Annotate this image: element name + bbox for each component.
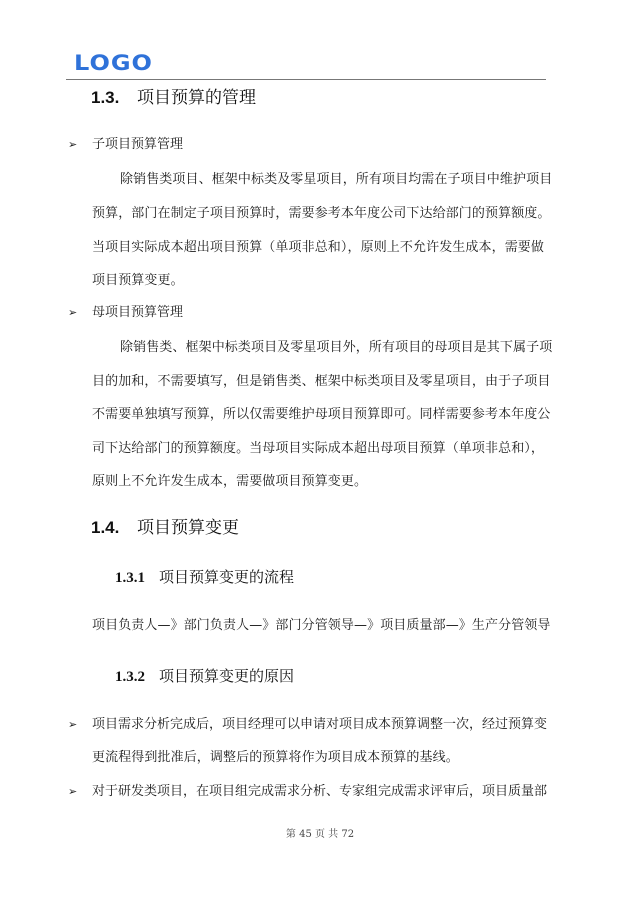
approval-flow-text: 项目负责人—》部门负责人—》部门分管领导—》项目质量部—》生产分管领导 <box>92 617 551 635</box>
arrow-bullet-icon: ➢ <box>68 783 92 801</box>
arrow-bullet-icon: ➢ <box>68 716 92 734</box>
section-number: 1.4. <box>91 517 137 539</box>
bullet-parent-project-budget: ➢ <box>68 304 92 322</box>
paragraph-line: 当项目实际成本超出项目预算（单项非总和），原则上不允许发生成本，需要做 <box>92 239 544 257</box>
section-number: 1.3. <box>91 87 137 109</box>
section-heading-1-3: 1.3.项目预算的管理 <box>91 87 256 109</box>
paragraph-line: 除销售类项目、框架中标类及零星项目，所有项目均需在子项目中维护项目 <box>120 171 552 189</box>
paragraph-line: 目的加和，不需要填写，但是销售类、框架中标类项目及零星项目，由于子项目 <box>92 373 551 391</box>
arrow-bullet-icon: ➢ <box>68 136 92 154</box>
section-title: 项目预算的管理 <box>137 88 256 108</box>
bullet-line: 更流程得到批准后，调整后的预算将作为项目成本预算的基线。 <box>92 749 459 767</box>
arrow-bullet-icon: ➢ <box>68 304 92 322</box>
bullet-line: 对于研发类项目，在项目组完成需求分析、专家组完成需求评审后，项目质量部 <box>92 783 547 801</box>
section-title: 项目预算变更 <box>137 518 239 538</box>
subsection-heading-1-3-2: 1.3.2项目预算变更的原因 <box>115 666 294 687</box>
subsection-number: 1.3.1 <box>115 568 159 588</box>
bullet-sub-project-budget: ➢ <box>68 136 92 154</box>
subsection-title: 项目预算变更的原因 <box>159 667 294 685</box>
paragraph-line: 预算，部门在制定子项目预算时，需要参考本年度公司下达给部门的预算额度。 <box>92 205 551 223</box>
subsection-heading-1-3-1: 1.3.1项目预算变更的流程 <box>115 567 294 588</box>
paragraph-line: 不需要单独填写预算，所以仅需要维护母项目预算即可。同样需要参考本年度公 <box>92 406 551 424</box>
bullet-reason-1: ➢ <box>68 716 92 734</box>
bullet-label: 子项目预算管理 <box>92 136 183 154</box>
paragraph-line: 项目预算变更。 <box>92 272 184 290</box>
header-divider <box>66 79 546 80</box>
subsection-number: 1.3.2 <box>115 667 159 687</box>
section-heading-1-4: 1.4.项目预算变更 <box>91 517 239 539</box>
bullet-line: 项目需求分析完成后，项目经理可以申请对项目成本预算调整一次，经过预算变 <box>92 716 547 734</box>
paragraph-line: 司下达给部门的预算额度。当母项目实际成本超出母项目预算（单项非总和）， <box>92 440 544 458</box>
bullet-label: 母项目预算管理 <box>92 304 183 322</box>
page-number-footer: 第 45 页 共 72 <box>0 825 640 840</box>
bullet-reason-2: ➢ <box>68 783 92 801</box>
subsection-title: 项目预算变更的流程 <box>159 568 294 586</box>
logo: LOGO <box>74 50 153 75</box>
paragraph-line: 原则上不允许发生成本，需要做项目预算变更。 <box>92 473 367 491</box>
paragraph-line: 除销售类、框架中标类项目及零星项目外，所有项目的母项目是其下属子项 <box>120 339 552 357</box>
